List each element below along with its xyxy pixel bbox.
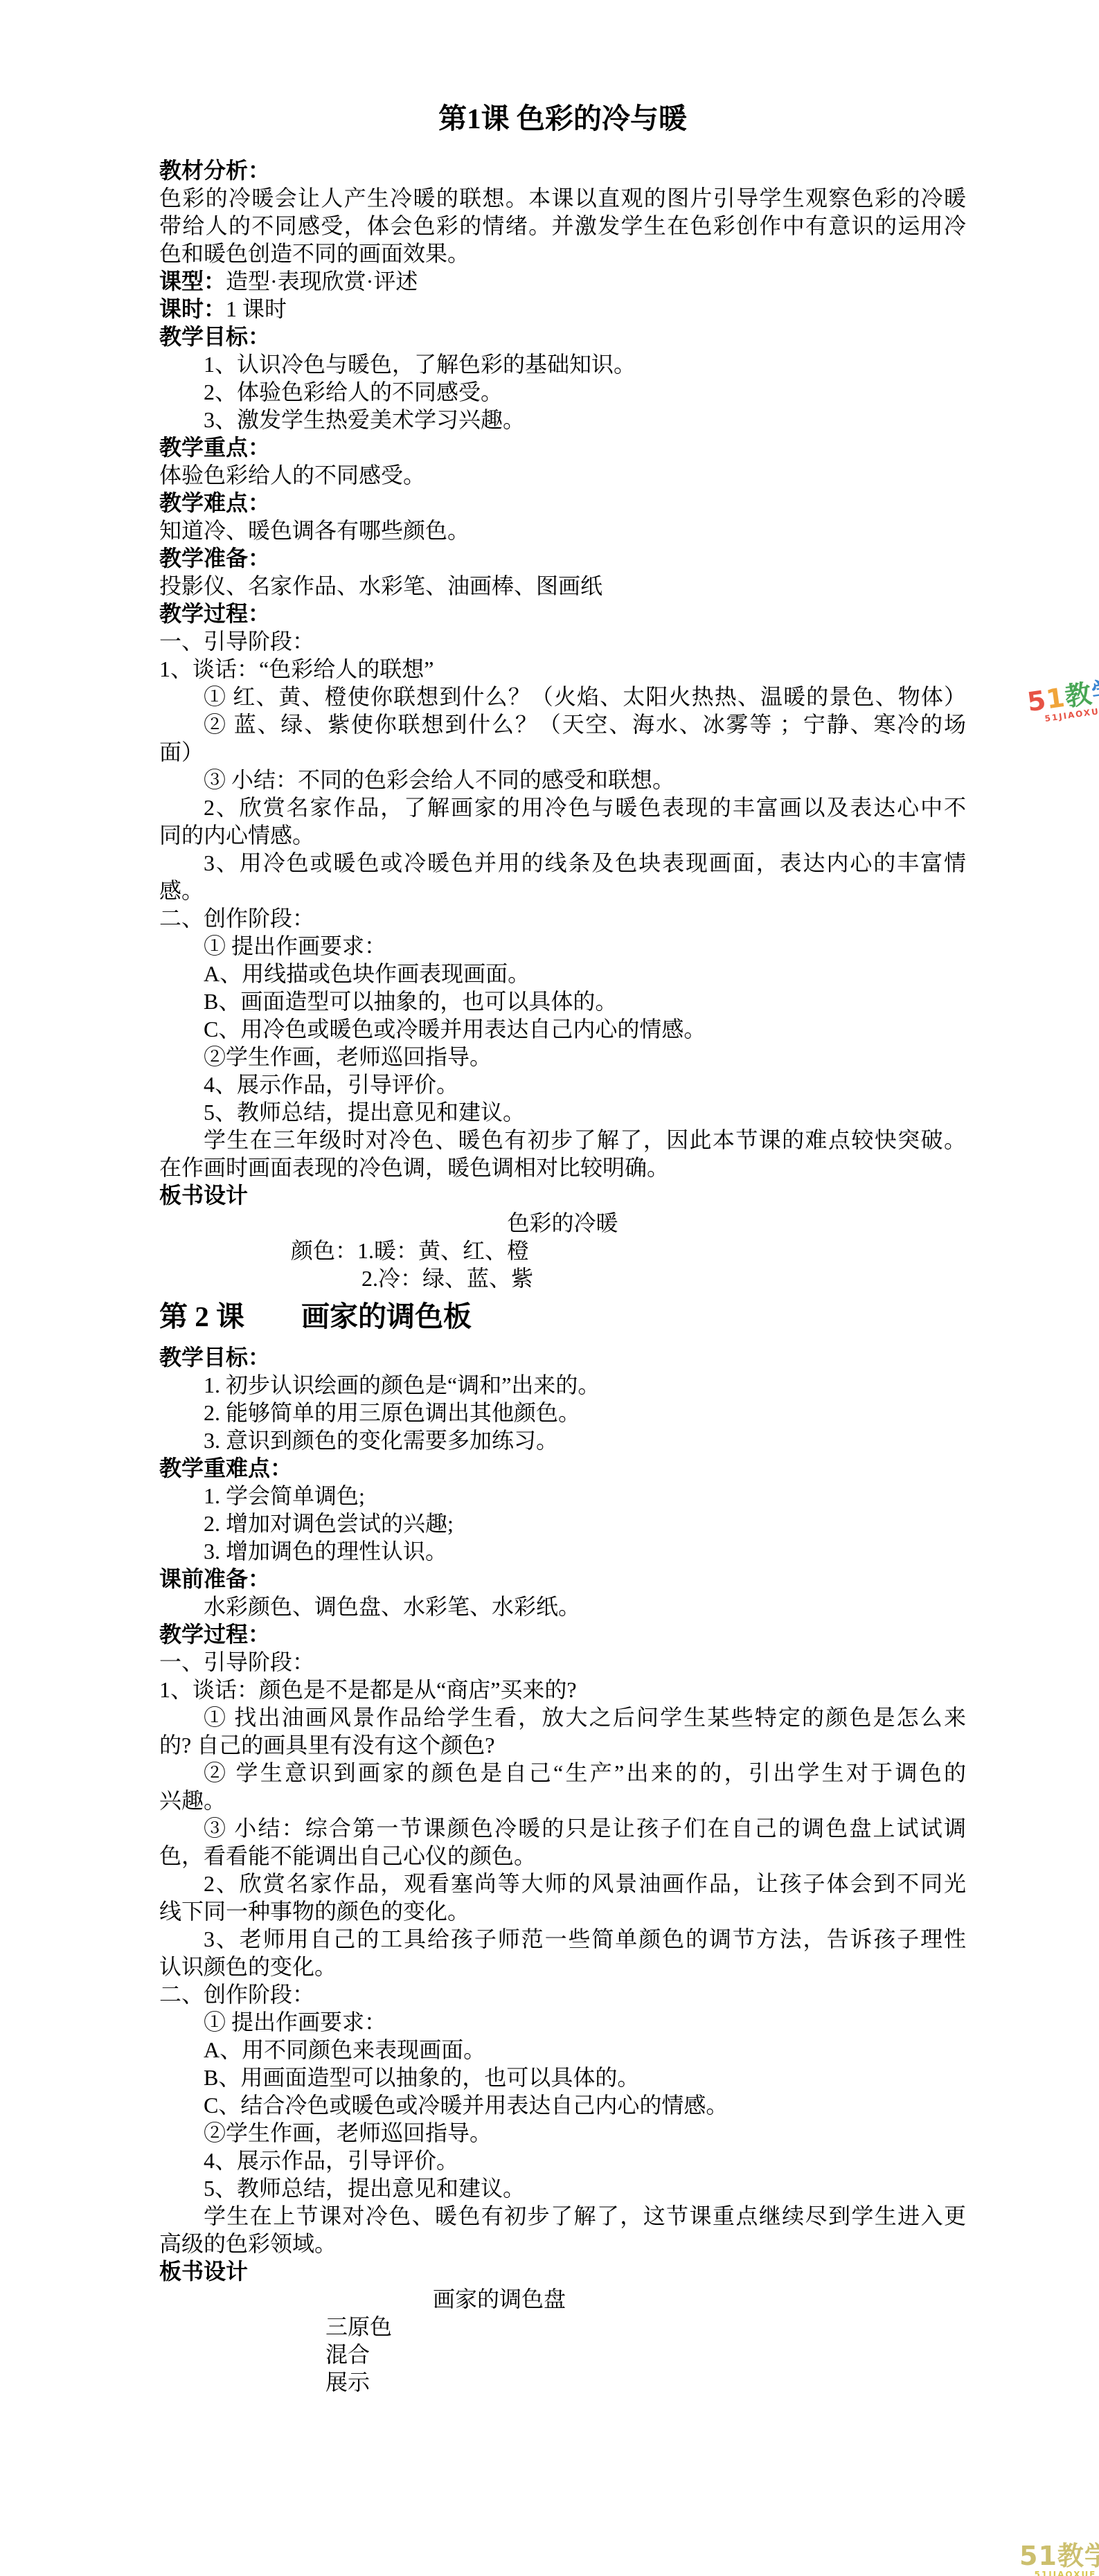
doc-line: 投影仪、名家作品、水彩笔、油画棒、图画纸 [159, 572, 966, 600]
document-page: 第1课 色彩的冷与暖教材分析：色彩的冷暖会让人产生冷暖的联想。本课以直观的图片引… [0, 0, 1099, 2576]
doc-line: ① 红、黄、橙使你联想到什么？（火焰、太阳火热热、温暖的景色、物体） [159, 683, 966, 710]
doc-line: 展示 [159, 2368, 966, 2396]
doc-line: 4、展示作品，引导评价。 [159, 2147, 966, 2174]
doc-line: 二、创作阶段： [159, 904, 966, 932]
doc-line: 1. 初步认识绘画的颜色是“调和”出来的。 [159, 1371, 966, 1399]
doc-line: 教学准备： [159, 544, 966, 572]
doc-line: 1. 学会简单调色; [159, 1482, 966, 1510]
doc-line: 色，看看能不能调出自己心仪的颜色。 [159, 1842, 966, 1870]
doc-line: 颜色：1.暖：黄、红、橙 [159, 1237, 966, 1264]
doc-line: 教学目标： [159, 323, 966, 350]
watermark-51jiaoxue-bottom: 51教学 51JIAOXUE [1019, 2543, 1099, 2576]
doc-line: 1、谈话：“色彩给人的联想” [159, 655, 966, 683]
doc-line: 5、教师总结，提出意见和建议。 [159, 2174, 966, 2202]
doc-line: 1、认识冷色与暖色，了解色彩的基础知识。 [159, 350, 966, 378]
doc-line: 一、引导阶段： [159, 1648, 966, 1676]
doc-line: 课前准备： [159, 1565, 966, 1593]
doc-line: 板书设计 [159, 1181, 966, 1209]
document-body: 第1课 色彩的冷与暖教材分析：色彩的冷暖会让人产生冷暖的联想。本课以直观的图片引… [159, 98, 966, 2396]
doc-line: ②学生作画，老师巡回指导。 [159, 1043, 966, 1071]
doc-line: 线下同一种事物的颜色的变化。 [159, 1897, 966, 1925]
doc-line: 在作画时画面表现的冷色调，暖色调相对比较明确。 [159, 1154, 966, 1181]
doc-line: 板书设计 [159, 2257, 966, 2285]
doc-line: ② 学生意识到画家的颜色是自己“生产”出来的的，引出学生对于调色的 [159, 1759, 966, 1787]
doc-line: 2、欣赏名家作品，了解画家的用冷色与暖色表现的丰富画以及表达心中不 [159, 794, 966, 821]
doc-line: 带给人的不同感受，体会色彩的情绪。并激发学生在色彩创作中有意识的运用冷 [159, 212, 966, 240]
doc-line: 教材分析： [159, 156, 966, 184]
doc-line: A、用线描或色块作画表现画面。 [159, 960, 966, 987]
doc-line: 三原色 [159, 2313, 966, 2341]
doc-line: 面） [159, 738, 966, 766]
lesson2-heading: 第 2 课 画家的调色板 [159, 1298, 966, 1335]
doc-line: 教学重难点： [159, 1454, 966, 1482]
doc-line: 教学重点： [159, 433, 966, 461]
doc-line: 2.冷：绿、蓝、紫 [159, 1264, 966, 1292]
doc-line: B、画面造型可以抽象的，也可以具体的。 [159, 987, 966, 1015]
doc-line: 学生在上节课对冷色、暖色有初步了解了，这节课重点继续尽到学生进入更 [159, 2202, 966, 2230]
doc-line: ① 提出作画要求： [159, 2008, 966, 2036]
doc-line: 教学过程： [159, 1620, 966, 1648]
doc-line: 4、展示作品，引导评价。 [159, 1071, 966, 1098]
doc-line: 色和暖色创造不同的画面效果。 [159, 240, 966, 267]
doc-line: 色彩的冷暖会让人产生冷暖的联想。本课以直观的图片引导学生观察色彩的冷暖 [159, 184, 966, 212]
doc-line: 水彩颜色、调色盘、水彩笔、水彩纸。 [159, 1593, 966, 1620]
doc-line: 2、体验色彩给人的不同感受。 [159, 378, 966, 406]
doc-line: 认识颜色的变化。 [159, 1953, 966, 1980]
doc-line: 感。 [159, 877, 966, 904]
watermark-51jiaoxue-top: 51教学 51JIAOXUE [1026, 677, 1099, 725]
doc-line-label: 课时： [159, 296, 226, 321]
doc-line: 兴趣。 [159, 1787, 966, 1814]
doc-line: 体验色彩给人的不同感受。 [159, 461, 966, 489]
doc-line: 3. 增加调色的理性认识。 [159, 1537, 966, 1565]
doc-line-label: 课型： [159, 269, 226, 294]
doc-line: 2. 增加对调色尝试的兴趣; [159, 1510, 966, 1537]
doc-line: ③ 小结：不同的色彩会给人不同的感受和联想。 [159, 766, 966, 794]
doc-line: ① 找出油画风景作品给学生看，放大之后问学生某些特定的颜色是怎么来 [159, 1703, 966, 1731]
doc-line: 课型：造型·表现欣赏·评述 [159, 267, 966, 295]
doc-line: 知道冷、暖色调各有哪些颜色。 [159, 517, 966, 544]
doc-line: 画家的调色盘 [159, 2285, 966, 2313]
doc-line: ② 蓝、绿、紫使你联想到什么？（天空、海水、冰雾等 ；宁静、寒冷的场 [159, 710, 966, 738]
doc-line: 3. 意识到颜色的变化需要多加练习。 [159, 1426, 966, 1454]
doc-line: 色彩的冷暖 [159, 1209, 966, 1237]
doc-line: 课时：1 课时 [159, 295, 966, 323]
doc-line: ③ 小结：综合第一节课颜色冷暖的只是让孩子们在自己的调色盘上试试调 [159, 1814, 966, 1842]
doc-line: 3、用冷色或暖色或冷暖色并用的线条及色块表现画面，表达内心的丰富情 [159, 849, 966, 877]
doc-line: 3、老师用自己的工具给孩子师范一些简单颜色的调节方法，告诉孩子理性 [159, 1925, 966, 1953]
doc-line: 教学目标： [159, 1343, 966, 1371]
doc-line: 2. 能够简单的用三原色调出其他颜色。 [159, 1399, 966, 1426]
doc-line: 5、教师总结，提出意见和建议。 [159, 1098, 966, 1126]
doc-line: A、用不同颜色来表现画面。 [159, 2036, 966, 2064]
doc-line: 二、创作阶段： [159, 1980, 966, 2008]
doc-line: ②学生作画，老师巡回指导。 [159, 2119, 966, 2147]
doc-line: 学生在三年级时对冷色、暖色有初步了解了，因此本节课的难点较快突破。 [159, 1126, 966, 1154]
watermark-logo-subtext: 51JIAOXUE [1019, 2570, 1099, 2576]
doc-line: 一、引导阶段： [159, 627, 966, 655]
doc-line: B、用画面造型可以抽象的，也可以具体的。 [159, 2064, 966, 2091]
doc-line: C、结合冷色或暖色或冷暖并用表达自己内心的情感。 [159, 2091, 966, 2119]
doc-line: 的? 自己的画具里有没有这个颜色? [159, 1731, 966, 1759]
doc-line: 混合 [159, 2341, 966, 2368]
watermark-logo-text: 51教学 [1019, 2543, 1099, 2569]
doc-line: C、用冷色或暖色或冷暖并用表达自己内心的情感。 [159, 1015, 966, 1043]
doc-line: ① 提出作画要求： [159, 932, 966, 960]
doc-line: 教学过程： [159, 600, 966, 627]
doc-title: 第1课 色彩的冷与暖 [159, 98, 966, 138]
doc-line: 教学难点： [159, 489, 966, 517]
doc-line: 2、欣赏名家作品，观看塞尚等大师的风景油画作品，让孩子体会到不同光 [159, 1870, 966, 1897]
doc-line: 同的内心情感。 [159, 821, 966, 849]
doc-line: 高级的色彩领域。 [159, 2230, 966, 2257]
doc-line: 3、激发学生热爱美术学习兴趣。 [159, 406, 966, 433]
doc-line: 1、谈话：颜色是不是都是从“商店”买来的? [159, 1676, 966, 1703]
